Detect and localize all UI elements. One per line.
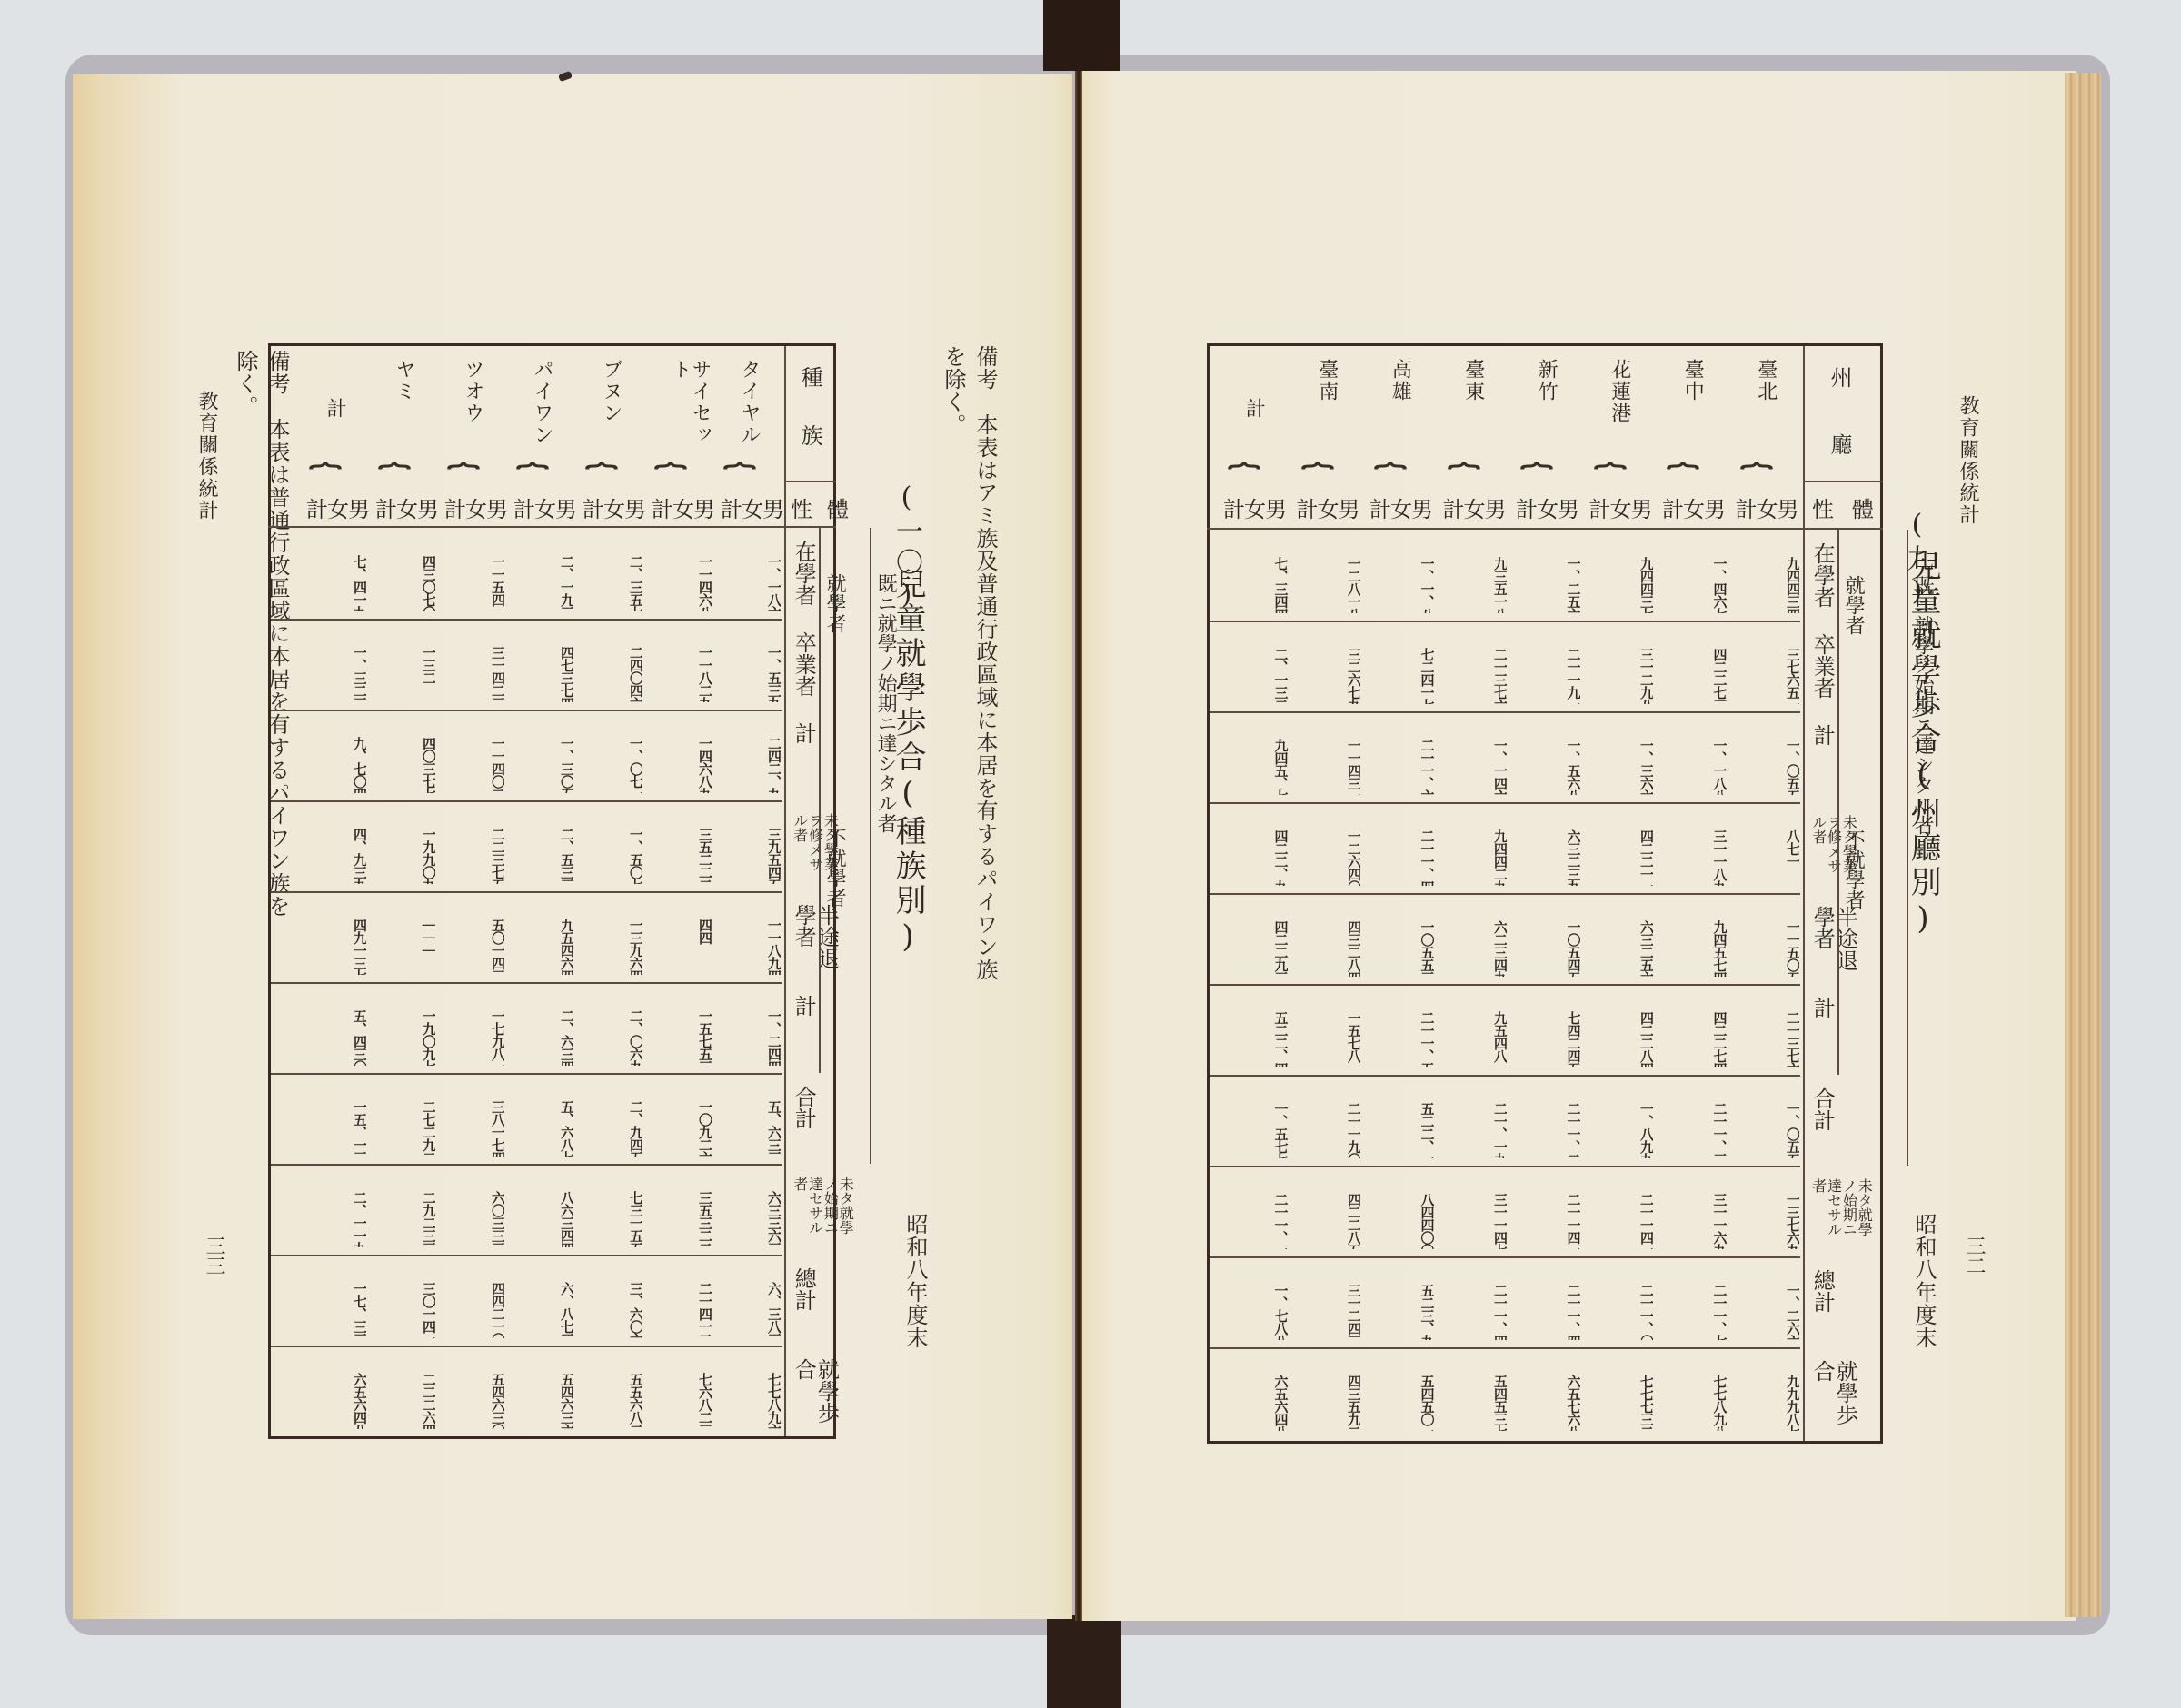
date-right: 昭和八年度末	[1908, 1213, 1940, 1349]
sex-subheader: 計女男	[513, 492, 576, 523]
column-header: パイワン	[532, 359, 552, 459]
sex-subheader: 計女男	[1223, 492, 1286, 523]
corner-label-top: 州廳	[1828, 366, 1850, 501]
column-header: 臺南	[1317, 359, 1337, 459]
table-cell: 二、九四五八三七八七八	[583, 1100, 642, 1157]
table-cell: 二一一、二一一四〇四八五三	[1516, 1102, 1580, 1158]
table-cell: ｜｜｜	[375, 919, 435, 975]
sex-subheader: 計女男	[1736, 492, 1798, 523]
table-cell: 二一一、三一二七四三六〇六	[1662, 1102, 1727, 1158]
table-cell: 六五六四八九・一六二二九三	[306, 1373, 366, 1429]
table-cell: 一、二四四五八六三四二五八	[721, 1009, 781, 1066]
table-cell: 一、五〇七九七七五九六	[583, 828, 642, 884]
row-label: 在學者	[1810, 542, 1833, 611]
table-cell: 二一一四一三六六〇	[1589, 1193, 1654, 1249]
row-label: 計	[792, 722, 814, 791]
table-cell: 七、四一九五五三二、一三〇	[306, 555, 366, 611]
column-header: タイヤル	[739, 359, 759, 459]
table-cell: 一、二五六〇三七九九〇	[1516, 557, 1580, 613]
table-cell: 一一五〇五	[1736, 920, 1800, 977]
table-cell: 六三二五六九	[1589, 920, 1654, 977]
table-cell: 五四六三〇二・〇二一二四一	[444, 1373, 504, 1429]
row-label: 就學歩合	[1810, 1360, 1856, 1429]
book-spine-bottom	[1047, 1615, 1121, 1708]
table-cell: 八六三四四四三二三九	[513, 1191, 573, 1247]
table-cell: 二、三五七三六六三八五、一一、七三	[583, 555, 642, 611]
table-cell: 九九九八七九・二五一六二一	[1736, 1375, 1800, 1431]
table-cell: 七六八二三〇・三一一三六八	[652, 1373, 712, 1429]
column-header: ブヌン	[601, 359, 621, 459]
running-head-right: 教育關係統計	[1954, 395, 1982, 526]
table-cell: 四三五九二八・一七三七一三	[1297, 1375, 1361, 1431]
table-cell: 四三二八四	[1297, 920, 1361, 977]
table-cell: 六、八七三三三二七七九一三	[513, 1282, 573, 1338]
table-cell: 一、五七七一二八三五七四七七	[1223, 1102, 1288, 1158]
table-cell: 一三七六九九〇	[1736, 1193, 1800, 1249]
group-label-reached-age: 既ニ就學ノ始期ニ達シタル者	[875, 573, 896, 1137]
table-cell: 六五六四八九・一六一二九三	[1223, 1375, 1288, 1431]
table-cell: 二一一、五四一六四一四六八	[1369, 1011, 1434, 1067]
row-label: 卒業者	[792, 631, 814, 700]
table-cell: 二、一九三七五一七八九	[513, 555, 573, 611]
table-cell: 二四〇四六三一二五三二	[583, 646, 642, 702]
sex-subheader: 計女男	[1443, 492, 1506, 523]
table-cell: 八四四〇〇〇八二六	[1369, 1193, 1434, 1249]
table-cell: 一一四三一七五二	[1297, 739, 1361, 795]
table-cell: 四〇三七七三	[375, 737, 435, 793]
table-cell: 四二二九三五一七四	[1223, 920, 1288, 977]
table-cell: 三七六五一四	[1736, 648, 1800, 704]
table-cell: 一、三二三八六九九三四五	[306, 646, 366, 702]
row-label: 計	[1810, 997, 1833, 1066]
table-cell: 一九九〇九七二	[375, 828, 435, 884]
table-cell: 九四四三四九六一五	[1736, 557, 1800, 613]
page-number-right: 三二	[1960, 1236, 1988, 1276]
table-cell: 五四六三六〇・六〇七八〇五	[513, 1373, 573, 1429]
table-cell: 七四二四五八三六七	[1516, 1011, 1580, 1067]
table-cell: 四四	[652, 919, 712, 975]
table-cell: 九四四二九三四〇四	[1443, 829, 1508, 886]
table-cell: 二一一、四三〇六九六一三八	[1369, 829, 1434, 886]
column-header: ツオウ	[463, 359, 483, 459]
row-label: 未タ就學ノ始期ニ達セサル者	[1810, 1178, 1871, 1247]
table-cell: 五四五三七九・七二二二六六	[1443, 1375, 1508, 1431]
table-cell: 三一一六九七三三〇	[1662, 1193, 1727, 1249]
table-cell: 一一八九四〇四九四	[721, 919, 781, 975]
table-cell: 一、〇五五七一五一二九	[1736, 739, 1800, 795]
sex-subheader: 計女男	[583, 492, 645, 523]
table-cell: 二一一、四二二九三七四三一	[1516, 1284, 1580, 1340]
row-label: 合計	[1810, 1087, 1833, 1157]
table-cell: 五四五〇一八・四八三五八九	[1369, 1375, 1434, 1431]
table-cell: 二二二六四八・八八六四一七	[375, 1373, 435, 1429]
column-header: 計	[1243, 359, 1263, 459]
table-cell: 二二三七五四五九	[444, 828, 504, 884]
inner-note-left: 備考 本表はアミ族及普通行政區域に本居を有するパイワン族を除く。	[938, 345, 1001, 981]
table-cell: 一、〇五五九二六四九五	[1736, 1102, 1800, 1158]
table-cell: 一、八九九〇〇〇七四三	[1589, 1102, 1654, 1158]
table-cell: 七二四一七四七七〇	[1369, 648, 1434, 704]
row-label: 卒業者	[1810, 633, 1833, 702]
sex-subheader: 計女男	[306, 492, 369, 523]
table-cell: 六〇三三三二七	[444, 1191, 504, 1247]
table-cell: 六五七六八四・九七八五三九	[1516, 1375, 1580, 1431]
table-cell: 二九二三三一七	[375, 1191, 435, 1247]
table-cell: 五〇一四三六	[444, 919, 504, 975]
table-cell: 三五三二二	[652, 1191, 712, 1247]
table-cell: 三八一七四三四一	[444, 1100, 504, 1157]
table-cell: 九四五、七二四〇五四四九五	[1223, 739, 1288, 795]
table-cell: 一、三六六二五六五八七	[1589, 739, 1654, 795]
table-cell: 二一一四一二六八八	[1516, 1193, 1580, 1249]
column-header: 計	[324, 359, 344, 459]
table-cell: 一一四六八九九	[652, 555, 712, 611]
page-number-left: 三三	[200, 1236, 228, 1276]
table-cell: 一〇九二六六五一	[652, 1100, 712, 1157]
row-label: 合計	[792, 1086, 814, 1155]
row-label: 未タ就學ノ始期ニ達セサル者	[792, 1177, 852, 1246]
table-cell: 五五六八二四・九三六八二七	[583, 1373, 642, 1429]
corner-label-bottom: 性體	[791, 492, 863, 523]
table-cell: 一二八一八三	[1297, 557, 1361, 613]
sex-subheader: 計女男	[652, 492, 714, 523]
table-cell: 一五七五三二三	[652, 1009, 712, 1066]
table-cell: 二一一、四一三七六一七二五	[1443, 1284, 1508, 1340]
table-cell: 一、七八八、三三九三六五六八八	[1223, 1284, 1288, 1340]
table-cell: 四、九三九七六三七二一一八	[306, 828, 366, 884]
table-cell: 一〇五五三三〇	[1369, 920, 1434, 977]
table-cell: 二一一、一一〇九一八二一一	[1223, 1193, 1288, 1249]
sex-subheader: 計女男	[1369, 492, 1432, 523]
row-label: 計	[792, 995, 814, 1064]
sex-subheader: 計女男	[721, 492, 783, 523]
table-cell: 六、三八三二七二四三二八一	[721, 1282, 781, 1338]
book-spine-top	[1043, 0, 1120, 71]
table-cell: 八七一	[1736, 829, 1800, 886]
table-cell: 四九一三七二五四	[306, 919, 366, 975]
table-by-tribe: 種族 性體 タイヤル⏞計女男サイセット⏞計女男ブヌン⏞計女男パイワン⏞計女男ツオ…	[268, 343, 836, 1439]
table-cell: 二一一九〇九九七二	[1297, 1102, 1361, 1158]
table-cell: 二、〇六九八五〇四四一	[583, 1009, 642, 1066]
group-label-enrolled: 就學者	[824, 573, 845, 773]
table-cell: 三一二九八〇一八三	[1589, 648, 1654, 704]
row-label: 總計	[1810, 1269, 1833, 1338]
table-cell: 三、六〇六一二九〇四四三九	[583, 1282, 642, 1338]
table-cell: 四三〇七〇〇	[375, 555, 435, 611]
table-cell: 三九五四五九四三〇四	[721, 828, 781, 884]
table-cell: 五二二、一四六七八八五八七	[1369, 1102, 1434, 1158]
column-header: 高雄	[1389, 359, 1409, 459]
table-cell: 一一四〇二五三三九	[444, 737, 504, 793]
table-cell: 三五二二二三	[652, 828, 712, 884]
table-cell: 二、六三四四七六一三〇五八	[513, 1009, 573, 1066]
table-cell: 四四二一〇八六二〇一	[444, 1282, 504, 1338]
table-cell: 一四六八九〇九	[652, 737, 712, 793]
date-left: 昭和八年度末	[900, 1213, 931, 1349]
table-cell: 一、二六六三〇二三八五	[1736, 1284, 1800, 1340]
table-cell: 一、三〇五五一二六七二三九三	[513, 737, 573, 793]
column-header: ヤミ	[393, 359, 413, 459]
corner-label-top: 種族	[799, 366, 821, 482]
row-label: 在學者	[792, 541, 814, 610]
table-cell: 二一一、〇〇〇五二三三〇三	[1589, 1284, 1654, 1340]
table-cell: 三〇一四一六〇〇一	[375, 1282, 435, 1338]
table-cell: 二、一一九一二二二〇一八一	[306, 1191, 366, 1247]
table-cell: 六二三四九五	[1443, 920, 1508, 977]
table-cell: 一七九八一八九	[444, 1009, 504, 1066]
group-label-reached-age: 既ニ就學ノ始期ニ達シタル者	[1912, 575, 1933, 1138]
sex-subheader: 計女男	[1662, 492, 1725, 523]
table-cell: 四二二、九七一三六七九一八	[1223, 829, 1288, 886]
sex-subheader: 計女男	[1516, 492, 1578, 523]
table-cell: 四二二七四三八二六	[1662, 1011, 1727, 1067]
table-cell: 三一二四三一七二五	[1297, 1284, 1361, 1340]
table-cell: 五二三、九八〇八九九三〇三	[1369, 1284, 1434, 1340]
table-cell: 七七八九六二・七五八三六四	[721, 1373, 781, 1429]
table-cell: 一、五三九〇四三三九三二九	[721, 646, 781, 702]
table-cell: 二一四一二一八三	[652, 1282, 712, 1338]
table-cell: 一五、一三四二七五三五七七七	[306, 1100, 366, 1157]
table-cell: 一、一八八九〇〇八〇	[1662, 739, 1727, 795]
table-cell: 四七三七四〇三三	[513, 646, 573, 702]
column-header: 新竹	[1536, 359, 1556, 459]
sex-subheader: 計女男	[375, 492, 438, 523]
table-by-prefecture: 州廳 性體 臺北⏞計女男臺中⏞計女男花蓮港⏞計女男新竹⏞計女男臺東⏞計女男高雄⏞…	[1207, 343, 1883, 1444]
table-cell: 四二二七三四七五二	[1662, 648, 1727, 704]
table-cell: 一、一、八七一九六二四五九	[1369, 557, 1434, 613]
table-cell: 一二六四〇四六	[1297, 829, 1361, 886]
table-cell: 七七七三二三・三七八三九六	[1589, 1375, 1654, 1431]
table-cell: 一九〇九七二	[375, 1009, 435, 1066]
sex-subheader: 計女男	[444, 492, 507, 523]
table-cell: 一、一四六四六八七五二	[1443, 739, 1508, 795]
table-cell: 一五七八一二〇	[1297, 1011, 1361, 1067]
table-cell: 一、〇七一七〇三二一七	[583, 737, 642, 793]
table-cell: 二一一九一八六〇六	[1516, 648, 1580, 704]
table-cell: 五、六八七三七〇三五七八九	[513, 1100, 573, 1157]
table-cell: 二七二九二四一三	[375, 1100, 435, 1157]
table-cell: 九、七〇四四五四〇二五九四五	[306, 737, 366, 793]
table-cell: 二一三七六七六一	[1443, 648, 1508, 704]
table-cell: 七三一五五八	[583, 1191, 642, 1247]
corner-label-bottom: 性體	[1812, 492, 1892, 523]
table-cell: 一、四六七二六五一三八	[1662, 557, 1727, 613]
table-cell: 二一、一九一三八五五四一	[1443, 1102, 1508, 1158]
table-cell: 四二二八四三二六六	[1589, 1011, 1654, 1067]
group-label-not-enrolled: 不就學者	[1843, 829, 1864, 1048]
table-cell: 三一一四七六二八四	[1443, 1193, 1508, 1249]
book-gutter	[1075, 71, 1082, 1621]
table-cell: 九五四八一六八九九	[1443, 1011, 1508, 1067]
page-edges	[2065, 73, 2101, 1617]
table-cell: 九四四三七六四〇四	[1589, 557, 1654, 613]
table-cell: 二一一、六〇五一四六一二九	[1369, 739, 1434, 795]
table-cell: 五、六三三一七九二八三〇九四三	[721, 1100, 781, 1157]
table-cell: 六三二三九三八九九	[1516, 829, 1580, 886]
column-header: 臺東	[1463, 359, 1483, 459]
column-header: サイセット	[670, 359, 710, 459]
table-cell: 五二二、四九四三九三〇八三	[1223, 1011, 1288, 1067]
table-cell: 一三二	[375, 646, 435, 702]
table-cell: 五、四三〇二九八九三三二三	[306, 1009, 366, 1066]
table-cell: 一三九六四六九五	[583, 919, 642, 975]
table-cell: 一七、三三二八六三五九八六	[306, 1282, 366, 1338]
column-header: 花蓮港	[1609, 359, 1629, 459]
table-cell: 四二二八五三	[1297, 1193, 1361, 1249]
table-cell: 一、一八六、五四一、三一四九三六	[721, 555, 781, 611]
table-cell: 二、五三三一四三〇九〇三九	[513, 828, 573, 884]
column-header: 臺北	[1756, 359, 1776, 459]
sex-subheader: 計女男	[1589, 492, 1652, 523]
table-cell: 一一八二九九	[652, 646, 712, 702]
table-cell: 二四二、九三一三三五五	[721, 737, 781, 793]
table-cell: 九五四六四九	[513, 919, 573, 975]
running-head-left: 教育關係統計	[193, 391, 221, 521]
row-label: 計	[1810, 724, 1833, 793]
table-cell: 九三五一八二〇九一	[1443, 557, 1508, 613]
table-cell: 九四五七四三	[1662, 920, 1727, 977]
table-cell: 三二六七九	[1297, 648, 1361, 704]
row-label: 總計	[792, 1267, 814, 1336]
table-cell: 三一四二三	[444, 646, 504, 702]
row-label: 就學歩合	[792, 1358, 837, 1427]
table-cell: 二一一、七三四三三〇九三六	[1662, 1284, 1727, 1340]
table-cell: 一〇五四五七八	[1516, 920, 1580, 977]
table-cell: 二一三七六	[1736, 1011, 1800, 1067]
table-cell: 二、一三二九六八六九四五	[1223, 648, 1288, 704]
table-cell: 七、三四四二一九一五五〇	[1223, 557, 1288, 613]
group-label-enrolled: 就學者	[1843, 575, 1864, 775]
group-label-not-enrolled: 不就學者	[824, 828, 845, 1046]
table-cell: 七七八九八〇・八七九八七一	[1662, 1375, 1727, 1431]
table-cell: 四二二一一〇七〇七	[1589, 829, 1654, 886]
sex-subheader: 計女男	[1297, 492, 1359, 523]
table-cell: 一、五六八〇四五五九六	[1516, 739, 1580, 795]
column-header: 臺中	[1682, 359, 1702, 459]
table-cell: 三一一八九八一八三	[1662, 829, 1727, 886]
table-cell: 六三三六三六三一二八	[721, 1191, 781, 1247]
table-cell: 一一五四一八七一	[444, 555, 504, 611]
